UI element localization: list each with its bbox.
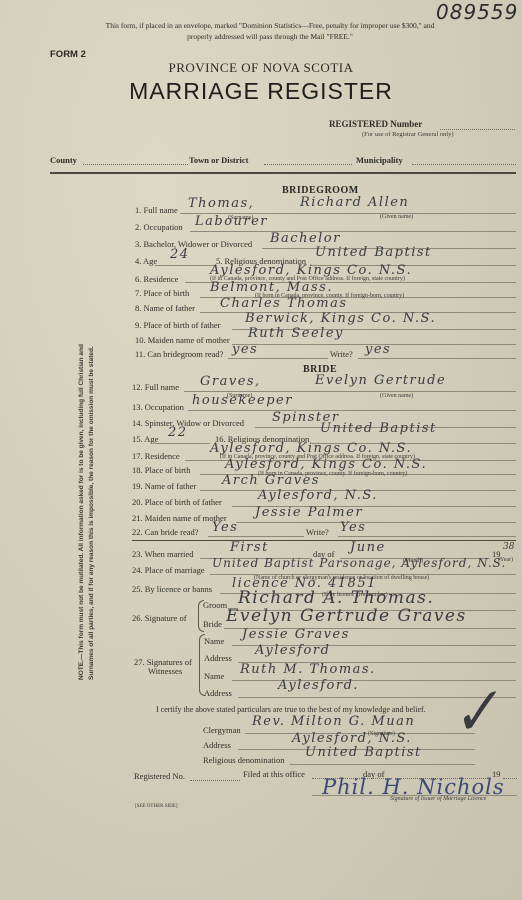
- groom-signature-label: Groom: [203, 600, 227, 610]
- bride-occupation-label: 13. Occupation: [132, 402, 184, 412]
- bride-father-label: 19. Name of father: [132, 481, 196, 491]
- bride-full-name-line: [184, 391, 516, 392]
- bride-status-label: 14. Spinster, Widow or Divorced: [132, 418, 244, 428]
- groom-religion: United Baptist: [315, 245, 432, 260]
- bride-read-label: 22. Can bride read?: [132, 527, 199, 537]
- witness1-name-label: Name: [204, 636, 224, 646]
- groom-read-line: [228, 358, 328, 359]
- bride-birthplace: Aylesford, Kings Co. N.S.: [225, 457, 427, 472]
- groom-mother-label: 10. Maiden name of mother: [135, 335, 230, 345]
- form-number: FORM 2: [50, 49, 86, 60]
- bride-occupation: housekeeper: [192, 393, 293, 408]
- side-note: NOTE.—This form must not be mutilated. A…: [77, 200, 97, 680]
- bride-mother-line: [236, 522, 516, 523]
- witness1-address: Aylesford: [255, 643, 330, 658]
- clergyman-address-label: Address: [203, 740, 231, 750]
- bride-given-name: Evelyn Gertrude: [315, 373, 446, 388]
- bride-write: Yes: [340, 520, 366, 535]
- witness2-address-label: Address: [204, 688, 232, 698]
- bride-age-line: [155, 443, 210, 444]
- registered-no-field[interactable]: [190, 780, 240, 781]
- header-divider: [50, 172, 516, 174]
- bride-residence-label: 17. Residence: [132, 451, 180, 461]
- witness2-name-label: Name: [204, 671, 224, 681]
- marriage-register-document: 089559 This form, if placed in an envelo…: [0, 0, 522, 900]
- witness2-address: Aylesford.: [278, 678, 359, 693]
- filed-year-field[interactable]: [503, 778, 517, 779]
- postal-notice-line1: This form, if placed in an envelope, mar…: [60, 20, 480, 31]
- bride-given-caption: (Given name): [380, 393, 413, 399]
- groom-read: yes: [232, 342, 258, 357]
- registered-number-note: (For use of Registrar General only): [362, 131, 454, 138]
- side-note-line1: NOTE.—This form must not be mutilated. A…: [77, 200, 87, 680]
- bride-signature-label: Bride: [203, 619, 222, 629]
- town-label: Town or District: [189, 155, 249, 165]
- groom-occupation-line: [190, 231, 516, 232]
- groom-residence-label: 6. Residence: [135, 274, 178, 284]
- witnesses-label-line2: Witnesses: [148, 666, 182, 676]
- bride-mother: Jessie Palmer: [255, 505, 363, 520]
- groom-mother: Ruth Seeley: [248, 326, 344, 341]
- registered-number-field[interactable]: [440, 129, 515, 130]
- bride-write-label: Write?: [306, 527, 329, 537]
- groom-father-birthplace-label: 9. Place of birth of father: [135, 320, 220, 330]
- witness1-address-label: Address: [204, 653, 232, 663]
- bride-father: Arch Graves: [222, 473, 320, 488]
- signature-of-label: 26. Signature of: [132, 613, 187, 623]
- bride-full-name-label: 12. Full name: [132, 382, 179, 392]
- groom-age: 24: [170, 247, 190, 262]
- bride-father-birthplace: Aylesford, N.S.: [258, 488, 378, 503]
- groom-write-line: [358, 358, 516, 359]
- groom-status: Bachelor: [270, 231, 341, 246]
- certification-statement: I certify the above stated particulars a…: [156, 705, 426, 714]
- licence-label: 25. By licence or banns: [132, 584, 212, 594]
- bride-religion: United Baptist: [320, 421, 437, 436]
- clergyman-address: Aylesford, N.S.: [292, 731, 412, 746]
- clergyman-religion-label: Religious denomination: [203, 755, 284, 765]
- bride-signature: Evelyn Gertrude Graves: [226, 606, 467, 626]
- bride-surname: Graves,: [200, 374, 261, 389]
- bride-father-birthplace-label: 20. Place of birth of father: [132, 497, 222, 507]
- bride-age: 22: [168, 425, 188, 440]
- side-note-line2: Surnames of all parties, and if for any …: [87, 200, 97, 680]
- groom-write-label: Write?: [330, 349, 353, 359]
- groom-father-birthplace: Berwick, Kings Co. N.S.: [245, 311, 436, 326]
- place-of-marriage: United Baptist Parsonage, Aylesford, N.S…: [212, 556, 506, 570]
- clergyman-religion: United Baptist: [305, 745, 422, 760]
- issuer-caption: Signature of Issuer of Marriage Licence: [390, 796, 486, 802]
- bride-read: Yes: [212, 520, 238, 535]
- document-title: MARRIAGE REGISTER: [0, 78, 522, 105]
- county-field[interactable]: [83, 164, 188, 165]
- bride-birthplace-label: 18. Place of birth: [132, 465, 191, 475]
- groom-full-name-label: 1. Full name: [135, 205, 178, 215]
- groom-occupation-label: 2. Occupation: [135, 222, 183, 232]
- postal-notice-line2: properly addressed will pass through the…: [60, 31, 480, 42]
- marriage-day: First: [230, 540, 269, 555]
- groom-father: Charles Thomas: [220, 296, 348, 311]
- groom-given-name: Richard Allen: [300, 195, 409, 210]
- municipality-label: Municipality: [356, 155, 403, 165]
- groom-surname: Thomas,: [188, 196, 254, 211]
- clergyman-religion-line: [290, 764, 475, 765]
- witness2-name: Ruth M. Thomas.: [240, 662, 376, 677]
- groom-father-label: 8. Name of father: [135, 303, 195, 313]
- groom-given-caption: (Given name): [380, 214, 413, 220]
- town-field[interactable]: [264, 164, 352, 165]
- clergyman-label: Clergyman: [203, 725, 241, 735]
- groom-age-line: [155, 265, 215, 266]
- bride-write-line: [338, 536, 516, 537]
- groom-birthplace-label: 7. Place of birth: [135, 288, 189, 298]
- see-other-side-note: [SEE OTHER SIDE]: [135, 804, 178, 809]
- filed-label: Filed at this office: [243, 769, 305, 779]
- approval-checkmark-mark: ✓: [444, 674, 506, 752]
- groom-read-label: 11. Can bridegroom read?: [135, 349, 223, 359]
- county-label: County: [50, 155, 77, 165]
- groom-occupation: Labourer: [195, 214, 268, 229]
- registered-number-label: REGISTERED Number: [329, 119, 422, 129]
- groom-signature: Richard A. Thomas.: [238, 588, 434, 608]
- postal-notice: This form, if placed in an envelope, mar…: [60, 20, 480, 42]
- place-of-marriage-label: 24. Place of marriage: [132, 565, 205, 575]
- groom-write: yes: [365, 342, 391, 357]
- municipality-field[interactable]: [412, 164, 516, 165]
- bride-divider: [132, 540, 516, 541]
- province-heading: PROVINCE OF NOVA SCOTIA: [0, 60, 522, 76]
- when-married-label: 23. When married: [132, 549, 193, 559]
- marriage-month: June: [350, 540, 386, 555]
- marriage-year: 38: [503, 542, 514, 552]
- bride-read-line: [208, 536, 304, 537]
- registered-no-label: Registered No.: [134, 771, 185, 781]
- groom-age-label: 4. Age: [135, 256, 157, 266]
- groom-status-label: 3. Bachelor, Widower or Divorced: [135, 239, 252, 249]
- clergyman-signature: Rev. Milton G. Muan: [252, 714, 415, 729]
- bride-occupation-line: [188, 410, 516, 411]
- witness1-name: Jessie Graves: [242, 627, 350, 642]
